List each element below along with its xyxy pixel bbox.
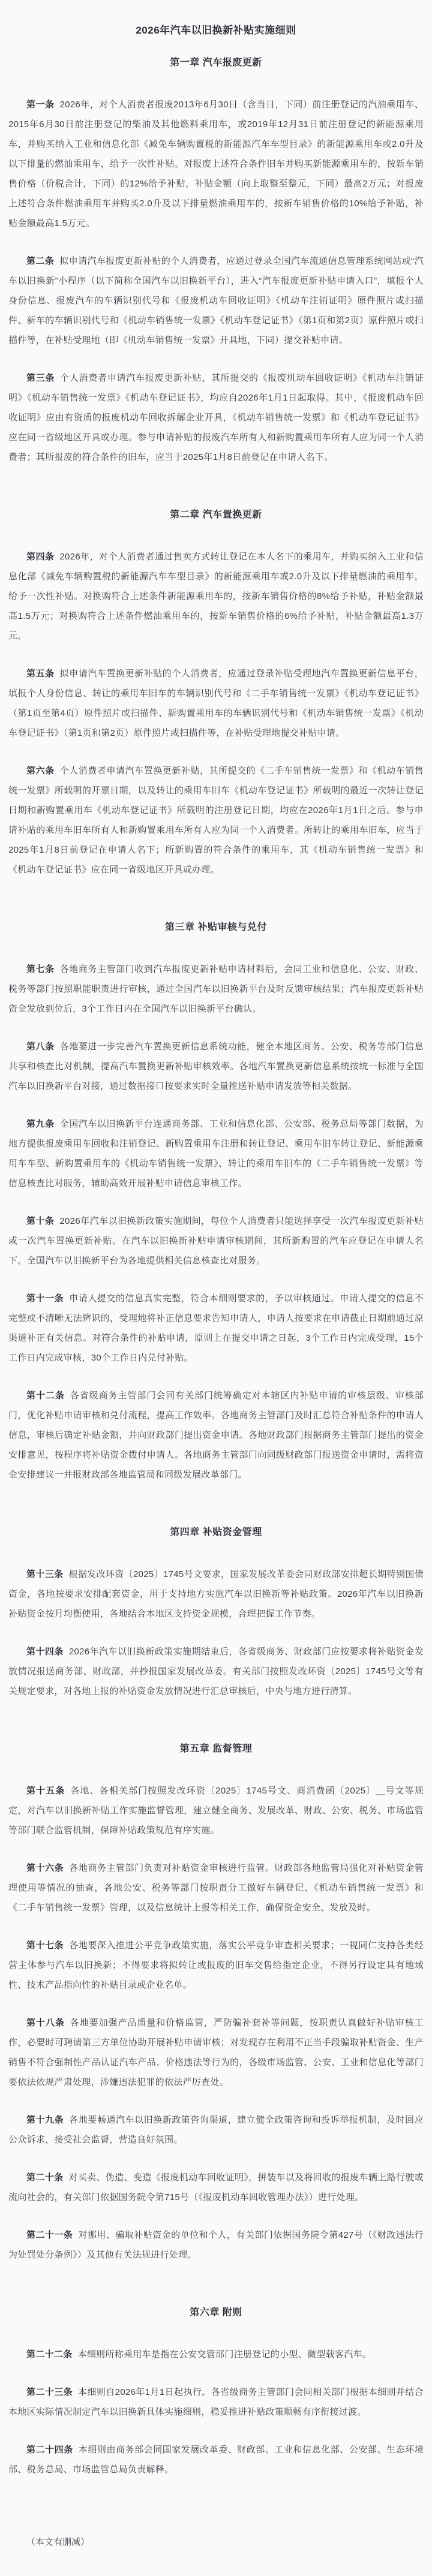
- article-text: 各地、各相关部门按照发改环资〔2025〕1745号文、商消费函〔2025〕＿号文…: [8, 1786, 424, 1835]
- article-text: 本细则所称乘用车是指在公安交管部门注册登记的小型、微型载客汽车。: [78, 2349, 372, 2360]
- chapter-heading: 第二章 汽车置换更新: [8, 507, 424, 520]
- chapter: 第四章 补贴资金管理第十三条根据发改环资〔2025〕1745号文要求，国家发展改…: [8, 1524, 424, 1701]
- article-text: 拟申请汽车置换更新补贴的个人消费者，应通过登录补贴受理地汽车置换更新信息平台，填…: [8, 669, 424, 738]
- regulation-document: 2026年汽车以旧换新补贴实施细则 第一章 汽车报废更新第一条2026年，对个人…: [8, 22, 424, 2552]
- article-paragraph: 第十八条各地要加强产品质量和价格监管，严防骗补套补等问题，按职责认真做好补贴审核…: [8, 2013, 424, 2092]
- article-paragraph: 第十七条各地要深入推进公平竞争政策实施，落实公平竞争审查相关要求；一视同仁支持各…: [8, 1936, 424, 1995]
- article-paragraph: 第二十条对买卖、伪造、变造《报废机动车回收证明》，拼装车以及将回收的报废车辆上路…: [8, 2168, 424, 2207]
- chapter-heading: 第六章 附则: [8, 2304, 424, 2318]
- article-paragraph: 第一条2026年，对个人消费者报废2013年6月30日（含当日，下同）前注册登记…: [8, 95, 424, 233]
- article-text: 各地要畅通汽车以旧换新政策咨询渠道，建立健全政策咨询和投诉举报机制，及时回应公众…: [8, 2115, 424, 2145]
- article-number: 第二十条: [26, 2172, 63, 2183]
- page-title: 2026年汽车以旧换新补贴实施细则: [8, 22, 424, 37]
- article-paragraph: 第八条各地要进一步完善汽车置换更新信息系统功能，健全本地区商务、公安、税务等部门…: [8, 1037, 424, 1096]
- article-number: 第六条: [26, 766, 55, 776]
- article-number: 第十九条: [26, 2115, 64, 2125]
- article-number: 第二条: [26, 256, 54, 266]
- footnote: （本文有删减）: [8, 2532, 424, 2552]
- article-number: 第十六条: [26, 1863, 64, 1873]
- article-paragraph: 第十四条2026年汽车以旧换新政策实施期结束后，各省级商务、财政部门应按要求将补…: [8, 1642, 424, 1701]
- article-paragraph: 第十九条各地要畅通汽车以旧换新政策咨询渠道，建立健全政策咨询和投诉举报机制，及时…: [8, 2110, 424, 2150]
- article-text: 各地要进一步完善汽车置换更新信息系统功能，健全本地区商务、公安、税务等部门信息共…: [8, 1042, 424, 1091]
- article-number: 第二十四条: [26, 2445, 73, 2455]
- article-paragraph: 第九条全国汽车以旧换新平台连通商务部、工业和信息化部、公安部、税务总局等部门数据…: [8, 1114, 424, 1193]
- article-text: 2026年，对个人消费者报废2013年6月30日（含当日，下同）前注册登记的汽油…: [8, 100, 424, 228]
- article-number: 第十三条: [26, 1569, 63, 1579]
- article-text: 各地商务主管部门负责对补贴资金审核进行监管。财政部各地监管局强化对补贴资金管理使…: [8, 1863, 424, 1913]
- article-paragraph: 第十六条各地商务主管部门负责对补贴资金审核进行监管。财政部各地监管局强化对补贴资…: [8, 1858, 424, 1918]
- article-text: 申请人提交的信息真实完整，符合本细则要求的，予以审核通过。申请人提交的信息不完整…: [8, 1293, 424, 1363]
- chapter-heading: 第五章 监督管理: [8, 1741, 424, 1755]
- article-text: 2026年汽车以旧换新政策实施期间，每位个人消费者只能选择享受一次汽车报废更新补…: [8, 1216, 424, 1266]
- article-paragraph: 第二条拟申请汽车报废更新补贴的个人消费者，应通过登录全国汽车流通信息管理系统网站…: [8, 251, 424, 350]
- article-paragraph: 第三条个人消费者申请汽车报废更新补贴，其所提交的《报废机动车回收证明》《机动车注…: [8, 368, 424, 467]
- article-text: 2026年，对个人消费者通过售卖方式转让登记在本人名下的乘用车，并购买纳入工业和…: [8, 552, 424, 641]
- article-paragraph: 第十二条各省级商务主管部门会同有关部门统筹确定对本辖区内补贴申请的审核层级、审核…: [8, 1386, 424, 1485]
- article-number: 第十一条: [26, 1293, 64, 1304]
- article-number: 第一条: [26, 100, 54, 110]
- chapter: 第一章 汽车报废更新第一条2026年，对个人消费者报废2013年6月30日（含当…: [8, 55, 424, 467]
- article-number: 第二十一条: [26, 2230, 73, 2240]
- article-text: 各地要加强产品质量和价格监管，严防骗补套补等问题，按职责认真做好补贴审核工作，必…: [8, 2018, 424, 2087]
- article-paragraph: 第二十三条本细则自2026年1月1日起执行。各省级商务主管部门会同相关部门根据本…: [8, 2382, 424, 2422]
- article-paragraph: 第二十四条本细则由商务部会同国家发展改革委、财政部、工业和信息化部、公安部、生态…: [8, 2440, 424, 2479]
- article-text: 2026年汽车以旧换新政策实施期结束后，各省级商务、财政部门应按要求将补贴资金发…: [8, 1647, 424, 1696]
- article-number: 第四条: [26, 552, 54, 562]
- article-number: 第二十二条: [26, 2349, 73, 2360]
- article-paragraph: 第五条拟申请汽车置换更新补贴的个人消费者，应通过登录补贴受理地汽车置换更新信息平…: [8, 664, 424, 743]
- article-text: 对买卖、伪造、变造《报废机动车回收证明》，拼装车以及将回收的报废车辆上路行驶或流…: [8, 2172, 424, 2202]
- article-text: 各地商务主管部门收到汽车报废更新补贴申请材料后，会同工业和信息化、公安、财政、税…: [8, 964, 424, 1014]
- article-paragraph: 第二十二条本细则所称乘用车是指在公安交管部门注册登记的小型、微型载客汽车。: [8, 2345, 424, 2364]
- article-number: 第八条: [26, 1042, 55, 1052]
- article-text: 个人消费者申请汽车置换更新补贴，其所提交的《二手车销售统一发票》和《机动车销售统…: [8, 766, 424, 875]
- chapter: 第五章 监督管理第十五条各地、各相关部门按照发改环资〔2025〕1745号文、商…: [8, 1741, 424, 2265]
- article-number: 第三条: [26, 373, 55, 383]
- article-number: 第十二条: [26, 1391, 65, 1401]
- chapter: 第二章 汽车置换更新第四条2026年，对个人消费者通过售卖方式转让登记在本人名下…: [8, 507, 424, 880]
- article-text: 拟申请汽车报废更新补贴的个人消费者，应通过登录全国汽车流通信息管理系统网站或“汽…: [8, 256, 424, 345]
- article-paragraph: 第十一条申请人提交的信息真实完整，符合本细则要求的，予以审核通过。申请人提交的信…: [8, 1289, 424, 1368]
- article-number: 第五条: [26, 669, 55, 679]
- chapter-list: 第一章 汽车报废更新第一条2026年，对个人消费者报废2013年6月30日（含当…: [8, 55, 424, 2479]
- article-paragraph: 第四条2026年，对个人消费者通过售卖方式转让登记在本人名下的乘用车，并购买纳入…: [8, 547, 424, 646]
- article-number: 第九条: [26, 1119, 55, 1129]
- article-text: 各省级商务主管部门会同有关部门统筹确定对本辖区内补贴申请的审核层级、审核部门，优…: [8, 1391, 424, 1480]
- article-text: 全国汽车以旧换新平台连通商务部、工业和信息化部、公安部、税务总局等部门数据，为地…: [8, 1119, 424, 1188]
- article-number: 第十七条: [26, 1940, 64, 1951]
- chapter-heading: 第三章 补贴审核与兑付: [8, 919, 424, 933]
- article-number: 第十条: [26, 1216, 54, 1226]
- article-number: 第十五条: [26, 1786, 65, 1796]
- article-paragraph: 第七条各地商务主管部门收到汽车报废更新补贴申请材料后，会同工业和信息化、公安、财…: [8, 959, 424, 1019]
- chapter: 第六章 附则第二十二条本细则所称乘用车是指在公安交管部门注册登记的小型、微型载客…: [8, 2304, 424, 2479]
- article-paragraph: 第六条个人消费者申请汽车置换更新补贴，其所提交的《二手车销售统一发票》和《机动车…: [8, 761, 424, 880]
- article-paragraph: 第十五条各地、各相关部门按照发改环资〔2025〕1745号文、商消费函〔2025…: [8, 1781, 424, 1840]
- article-text: 根据发改环资〔2025〕1745号文要求，国家发展改革委会同财政部安排超长期特别…: [8, 1569, 424, 1619]
- article-number: 第二十三条: [26, 2387, 73, 2397]
- article-number: 第十四条: [26, 1647, 64, 1657]
- article-number: 第十八条: [26, 2018, 65, 2028]
- chapter: 第三章 补贴审核与兑付第七条各地商务主管部门收到汽车报废更新补贴申请材料后，会同…: [8, 919, 424, 1485]
- article-paragraph: 第十三条根据发改环资〔2025〕1745号文要求，国家发展改革委会同财政部安排超…: [8, 1564, 424, 1624]
- chapter-heading: 第一章 汽车报废更新: [8, 55, 424, 68]
- chapter-heading: 第四章 补贴资金管理: [8, 1524, 424, 1538]
- article-text: 个人消费者申请汽车报废更新补贴，其所提交的《报废机动车回收证明》《机动车注销证明…: [8, 373, 424, 462]
- article-paragraph: 第十条2026年汽车以旧换新政策实施期间，每位个人消费者只能选择享受一次汽车报废…: [8, 1211, 424, 1271]
- article-number: 第七条: [26, 964, 55, 974]
- article-text: 各地要深入推进公平竞争政策实施，落实公平竞争审查相关要求；一视同仁支持各类经营主…: [8, 1940, 424, 1990]
- article-paragraph: 第二十一条对挪用、骗取补贴资金的单位和个人，有关部门依据国务院令第427号（《财…: [8, 2225, 424, 2265]
